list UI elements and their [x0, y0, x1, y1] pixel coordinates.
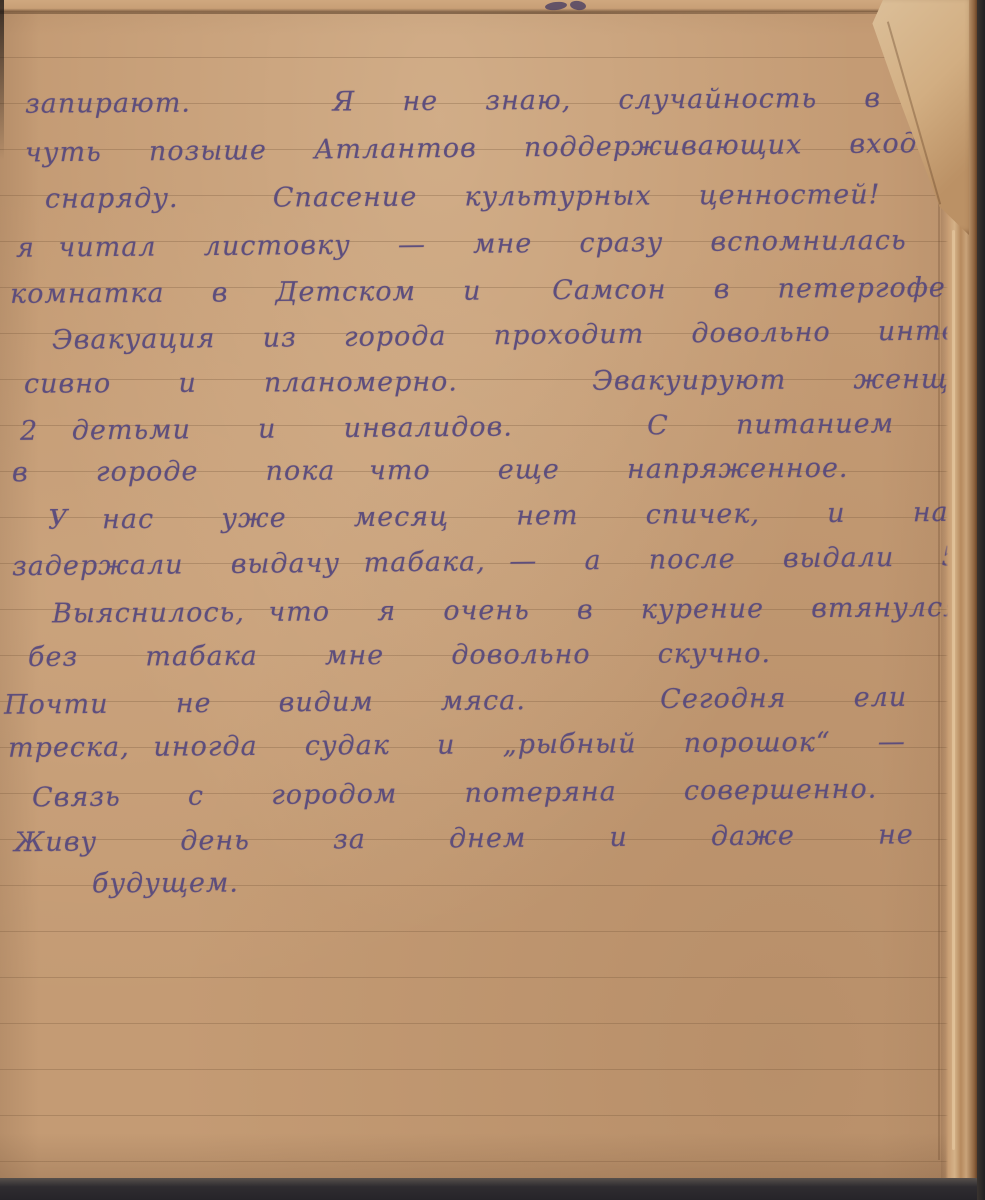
handwritten-line: Живу день за днем и даже не гадаем о — [14, 818, 985, 858]
handwritten-line: Почти не видим мяса. Сегодня ели кильки, — [4, 681, 985, 720]
handwritten-line: комнатка в Детском и Самсон в петергофе.… — [10, 272, 985, 309]
handwritten-line: Эвакуация из города проходит довольно ин… — [52, 316, 985, 355]
page-behind-top-edge — [0, 0, 977, 12]
handwritten-line: будущем. — [92, 869, 239, 899]
diary-page-scan: запирают. Я не знаю, случайность в Эрмит… — [0, 0, 977, 1180]
handwritten-line: я читал листовку — мне сразу вспомнилась… — [16, 224, 985, 263]
page-seam-line — [0, 12, 930, 14]
handwritten-line: без табака мне довольно скучно. — [28, 639, 771, 673]
left-page-edge-shadow — [0, 0, 4, 160]
handwritten-line: сивно и планомерно. Эвакуируют женщин с — [24, 364, 985, 399]
scanner-bed-bottom — [0, 1178, 985, 1200]
handwritten-line: снаряду. Спасение культурных ценностей! … — [45, 179, 985, 214]
handwritten-line: в городе пока что еще напряженное. — [12, 454, 849, 488]
page-crease — [938, 60, 940, 1160]
handwritten-line: запирают. Я не знаю, случайность в Эрмит… — [25, 82, 985, 119]
handwritten-line: 2 детьми и инвалидов. С питанием положен… — [20, 407, 985, 446]
handwritten-line: чуть позыше Атлантов поддерживающих вход… — [25, 127, 985, 168]
torn-edge-highlight — [952, 230, 955, 1150]
handwritten-line: У нас уже месяц нет спичек, и на 8 дней — [48, 496, 985, 535]
handwritten-line: задержали выдачу табака, — а после выдал… — [12, 542, 985, 582]
handwritten-line: Выяснилось, что я очень в курение втянул… — [52, 593, 985, 629]
handwritten-line: Связь с городом потеряна совершенно. — [32, 775, 878, 814]
handwritten-line: треска, иногда судак и „рыбный порошок“ … — [8, 726, 985, 763]
scanner-bed-right — [977, 0, 985, 1200]
